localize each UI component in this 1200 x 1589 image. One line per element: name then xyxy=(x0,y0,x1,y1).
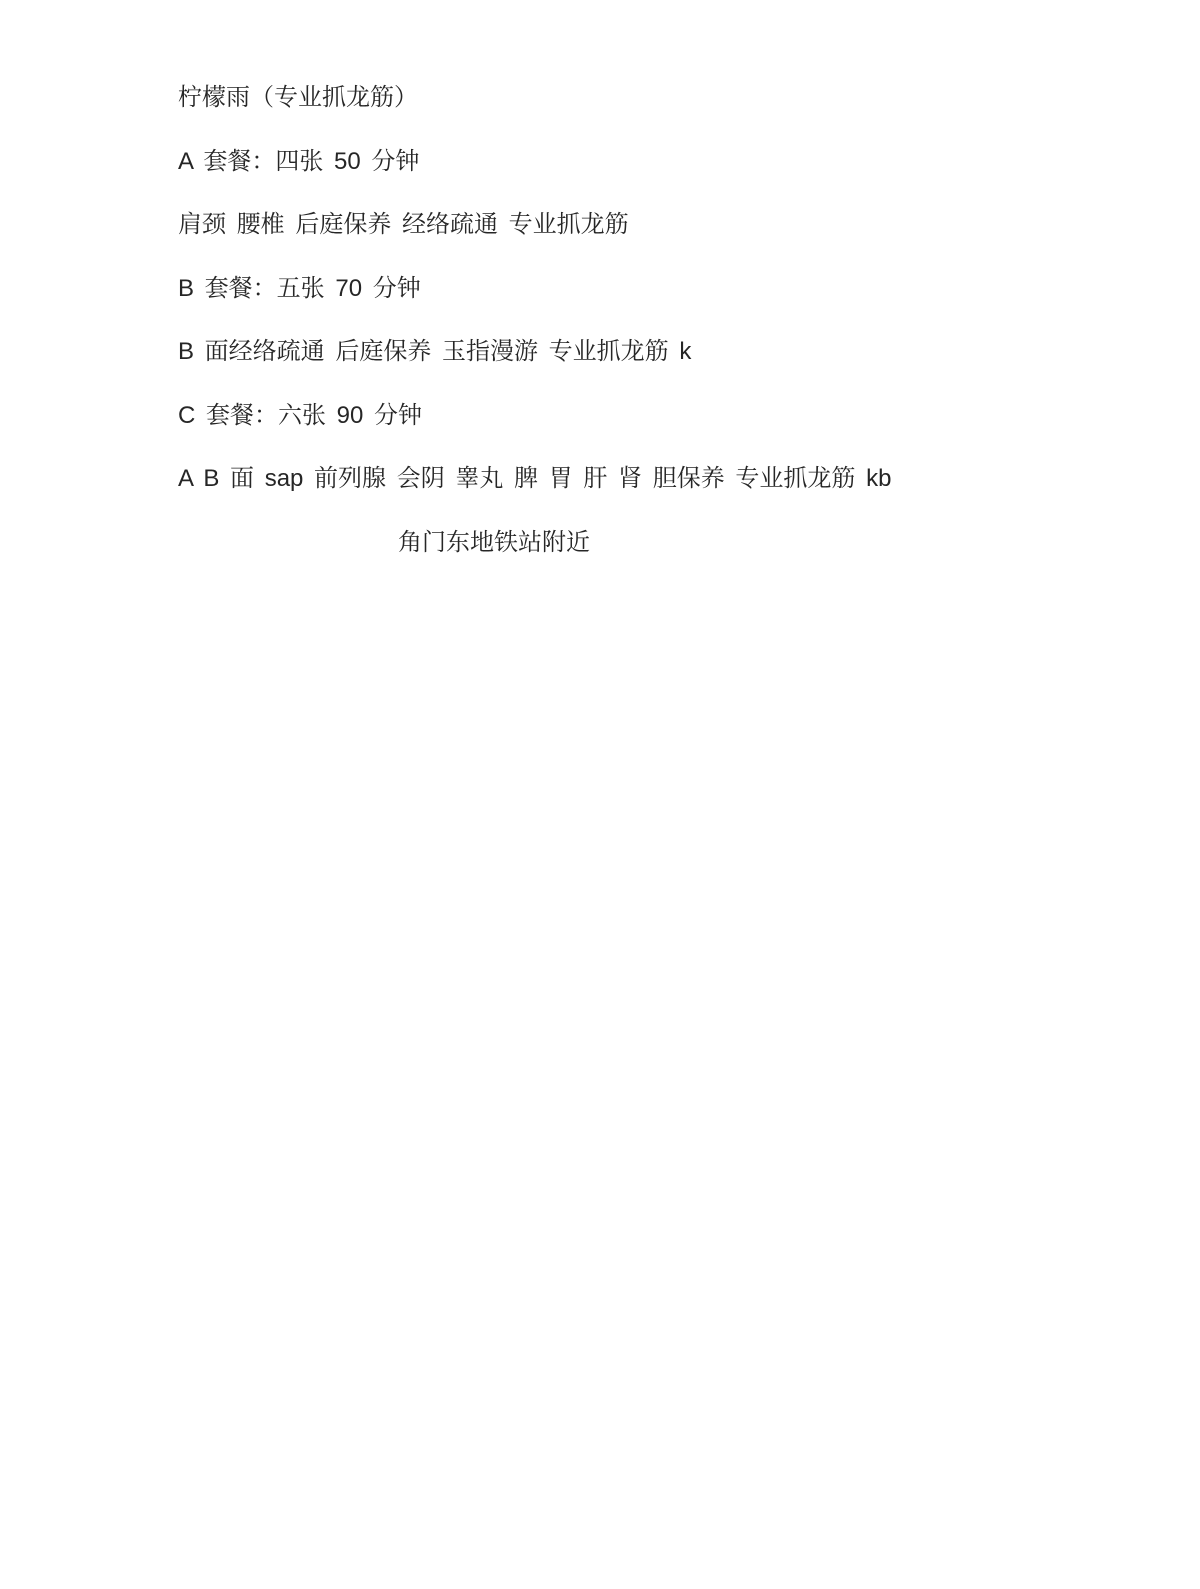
location-line: 角门东地铁站附近 xyxy=(398,529,1120,558)
package-a-label: A 套餐：四张 50 分钟 xyxy=(178,148,1120,177)
package-c-details: A B 面 sap 前列腺 会阴 睾丸 脾 胃 肝 肾 胆保养 专业抓龙筋 kb xyxy=(178,465,1120,494)
shop-name: 柠檬雨（专业抓龙筋） xyxy=(178,84,1120,113)
document-content: 柠檬雨（专业抓龙筋） A 套餐：四张 50 分钟 肩颈 腰椎 后庭保养 经络疏通… xyxy=(178,84,1120,592)
package-a-details: 肩颈 腰椎 后庭保养 经络疏通 专业抓龙筋 xyxy=(178,211,1120,240)
package-c-label: C 套餐：六张 90 分钟 xyxy=(178,402,1120,431)
package-b-details: B 面经络疏通 后庭保养 玉指漫游 专业抓龙筋 k xyxy=(178,338,1120,367)
document-page: 柠檬雨（专业抓龙筋） A 套餐：四张 50 分钟 肩颈 腰椎 后庭保养 经络疏通… xyxy=(0,0,1200,1589)
package-b-label: B 套餐：五张 70 分钟 xyxy=(178,275,1120,304)
